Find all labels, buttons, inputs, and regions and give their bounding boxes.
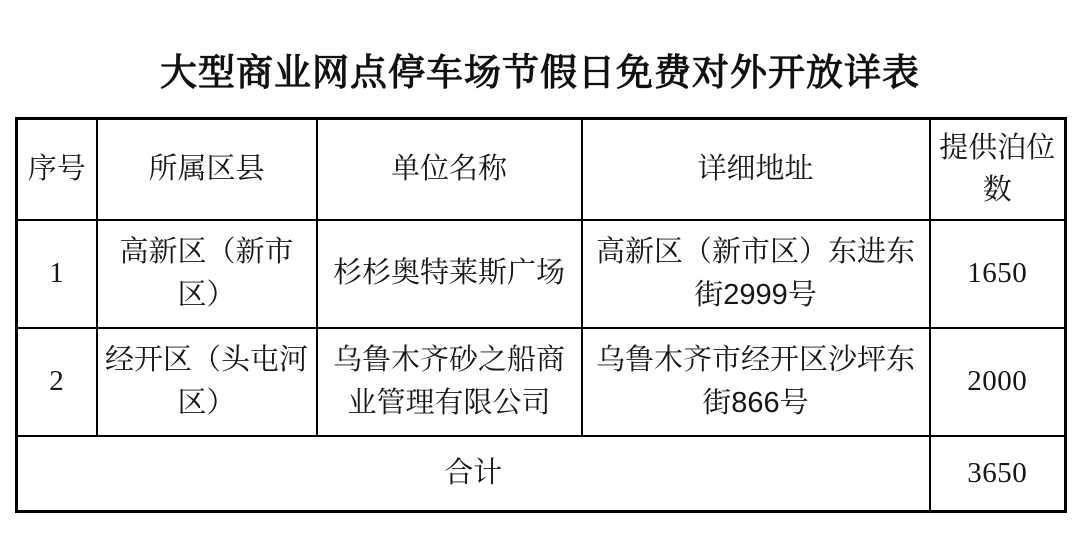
cell-address: 高新区（新市区）东进东街2999号: [582, 220, 930, 328]
table-row: 1 高新区（新市区） 杉杉奥特莱斯广场 高新区（新市区）东进东街2999号 16…: [17, 220, 1066, 328]
parking-table: 序号 所属区县 单位名称 详细地址 提供泊位数 1 高新区（新市区） 杉杉奥特莱…: [15, 117, 1067, 513]
table-footer-row: 合计 3650: [17, 436, 1066, 512]
table-header-row: 序号 所属区县 单位名称 详细地址 提供泊位数: [17, 119, 1066, 220]
total-label: 合计: [17, 436, 930, 512]
cell-berths: 2000: [930, 328, 1066, 436]
column-header-index: 序号: [17, 119, 97, 220]
cell-district: 经开区（头屯河区）: [97, 328, 317, 436]
cell-index: 1: [17, 220, 97, 328]
cell-district: 高新区（新市区）: [97, 220, 317, 328]
cell-berths: 1650: [930, 220, 1066, 328]
column-header-address: 详细地址: [582, 119, 930, 220]
column-header-berths: 提供泊位数: [930, 119, 1066, 220]
cell-unit: 杉杉奥特莱斯广场: [317, 220, 582, 328]
column-header-unit: 单位名称: [317, 119, 582, 220]
cell-index: 2: [17, 328, 97, 436]
column-header-district: 所属区县: [97, 119, 317, 220]
document-page: 大型商业网点停车场节假日免费对外开放详表 序号 所属区县 单位名称 详细地址 提…: [0, 0, 1080, 537]
cell-address: 乌鲁木齐市经开区沙坪东街866号: [582, 328, 930, 436]
page-title: 大型商业网点停车场节假日免费对外开放详表: [0, 0, 1080, 96]
table-row: 2 经开区（头屯河区） 乌鲁木齐砂之船商业管理有限公司 乌鲁木齐市经开区沙坪东街…: [17, 328, 1066, 436]
cell-unit: 乌鲁木齐砂之船商业管理有限公司: [317, 328, 582, 436]
total-value: 3650: [930, 436, 1066, 512]
